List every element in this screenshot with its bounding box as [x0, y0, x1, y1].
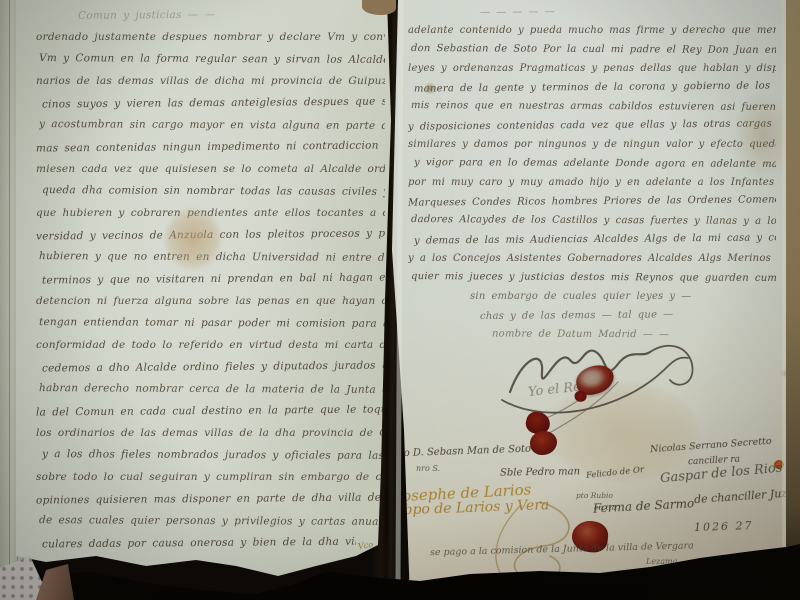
manuscript-line: mas sean contenidas ningun impedimento n… — [36, 134, 385, 159]
manuscript-line: y a los dhos fieles nombrados jurados y … — [42, 443, 385, 467]
manuscript-line: los ordinarios de las demas villas de la… — [36, 422, 385, 444]
manuscript-line: chas y de las demas — tal que — — [480, 305, 716, 326]
manuscript-line: miesen cada vez que quisiesen se lo come… — [36, 158, 385, 180]
signature-note-1: pto Rubio — [576, 491, 613, 500]
page-block-edge — [786, 0, 800, 560]
manuscript-line: opiniones quisieren mas disponer en part… — [36, 486, 385, 511]
right-page: — — — — —adelante contenido y pueda much… — [388, 0, 788, 600]
manuscript-line: y demas de las mis Audiencias Alcaldes A… — [414, 228, 776, 250]
manuscript-line: narios de las demas villas de dicha mi p… — [36, 70, 385, 92]
manuscript-line: y disposiciones contenidas cada vez que … — [408, 114, 776, 136]
manuscript-line: similares y damos por ningunos y de ning… — [408, 135, 776, 154]
right-page-text: — — — — —adelante contenido y pueda much… — [408, 2, 776, 344]
manuscript-line: sin embargo de cuales quier leyes y — — [470, 287, 728, 306]
manuscript-line: don Sebastian de Soto Por la cual mi pad… — [411, 39, 776, 60]
manuscript-line: habran derecho nombrar cerca de la mater… — [39, 377, 385, 401]
signature-chanciller: de chanciller Juz — [694, 487, 788, 506]
manuscript-line: — — — — — — [480, 1, 730, 22]
manuscript-line: Vm y Comun en la forma regular sean y si… — [39, 47, 385, 71]
manuscript-line: quier mis jueces y justicias destos mis … — [411, 267, 776, 288]
manuscript-line: adelante contenido y pueda mucho mas fir… — [408, 21, 776, 40]
manuscript-line: queda dha comision sin nombrar todas las… — [42, 179, 385, 203]
signature-nro: nro S. — [416, 464, 440, 473]
archive-number: 1026 27 — [694, 519, 754, 534]
manuscript-line: manera de la gente y terminos de la coro… — [414, 76, 776, 98]
manuscript-line: culares dadas por causa onerosa y bien d… — [42, 531, 356, 556]
manuscript-line: tengan entiendan tomar ni pasar poder mi… — [39, 311, 385, 335]
manuscript-line: detencion ni fuerza alguna sobre las pen… — [36, 290, 385, 312]
manuscript-line: ordenado justamente despues nombrar y de… — [36, 26, 385, 48]
manuscript-line: Marqueses Condes Ricos hombres Priores d… — [408, 190, 776, 212]
manuscript-line: cedemos a dho Alcalde ordino fieles y di… — [42, 355, 385, 380]
manuscript-line: dadores Alcaydes de los Castillos y casa… — [411, 210, 776, 231]
stain-left-page — [164, 208, 222, 270]
signature-vco: Vco — [357, 540, 373, 551]
spine-top-torn-patch — [362, 0, 396, 15]
manuscript-line: y a los Concejos Asistentes Gobernadores… — [408, 249, 776, 268]
manuscript-line: Comun y justicias — — — [78, 3, 270, 27]
manuscript-line: terminos y que no visitaren ni prendan e… — [42, 267, 385, 292]
manuscript-line: la del Comun en cada cual destino en la … — [36, 398, 385, 423]
manuscript-line: por mi muy caro y muy amado hijo y en ad… — [408, 173, 776, 192]
manuscript-line: mis reinos que en nuestras armas cabildo… — [411, 96, 776, 117]
manuscript-line: sobre todo lo cual seguiran y cumpliran … — [36, 466, 385, 488]
left-page-text: Comun y justicias — —ordenado justamente… — [36, 4, 385, 554]
manuscript-line: cinos suyos y vieren las demas anteigles… — [42, 91, 385, 116]
left-page: Comun y justicias — —ordenado justamente… — [16, 0, 393, 580]
manuscript-line: y vigor para en lo demas adelante Donde … — [414, 153, 776, 174]
ink-spot — [424, 82, 436, 95]
manuscript-line: leyes y ordenanzas Pragmaticas y penas d… — [408, 59, 776, 78]
manuscript-line: y acostumbran sin cargo mayor en vista a… — [39, 113, 385, 137]
manuscript-line: conformidad de todo lo referido en virtu… — [36, 334, 385, 356]
manuscript-line: de esas cuales quier personas y privileg… — [39, 509, 385, 533]
signature-pedro: Sble Pedro man — [500, 466, 580, 478]
manuscript-photo: Comun y justicias — —ordenado justamente… — [0, 0, 800, 600]
